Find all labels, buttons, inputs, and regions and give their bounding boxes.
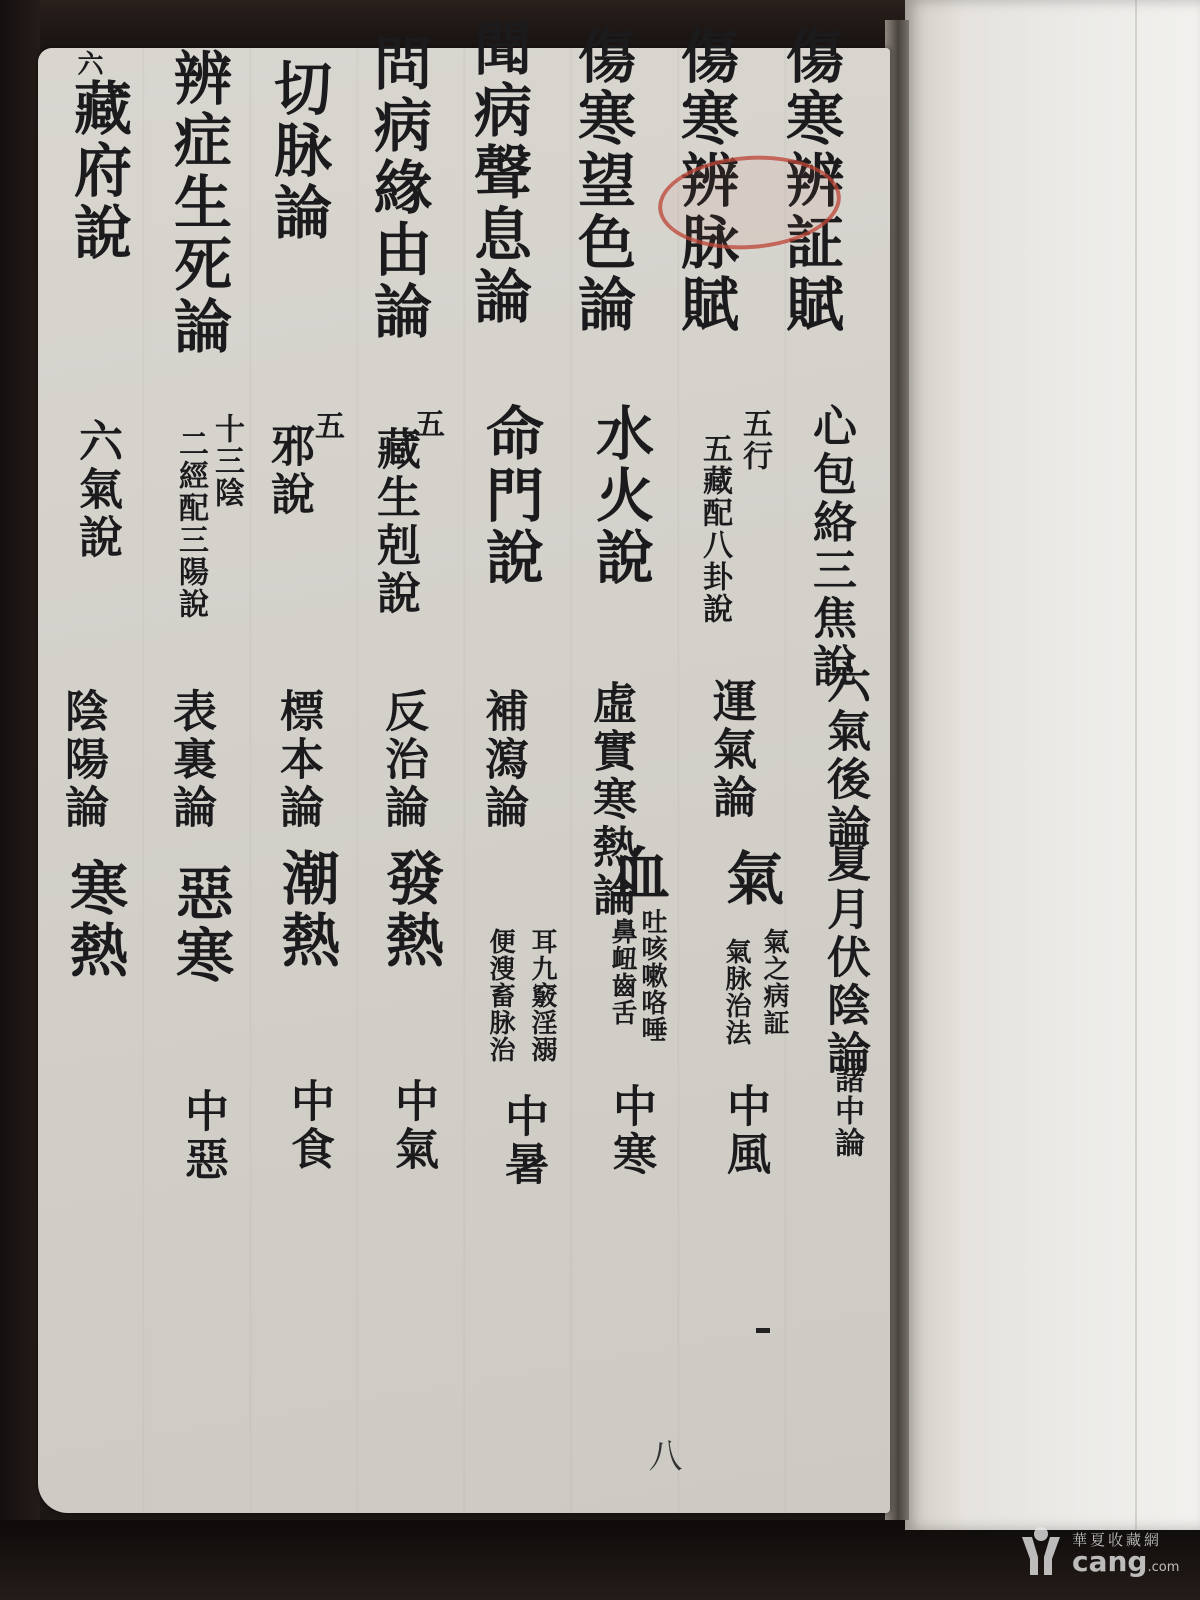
- entry-chaore: 潮熱: [274, 848, 338, 972]
- entry-mingmen-shuo: 命門說: [478, 403, 542, 589]
- watermark-domain-suffix: .com: [1147, 1560, 1179, 1575]
- entry-yinyang-lun: 陰陽論: [58, 688, 106, 832]
- background-left: [0, 0, 40, 1600]
- next-page-leaf: [905, 0, 1200, 1530]
- manuscript-page: 傷寒辨証賦 傷寒辨脉賦 傷寒望色論 聞病聲息論 問病緣由論 切脉論 辨症生死論 …: [38, 48, 890, 1513]
- watermark-domain-name: cang: [1072, 1545, 1147, 1578]
- entry-wuxie-shuo: 邪說: [264, 423, 312, 519]
- entry-buxie-lun: 補瀉論: [478, 688, 526, 832]
- entry-wuzang-line1: 五行: [738, 408, 770, 472]
- entry-wuzang-line2: 五藏配八卦說: [698, 433, 730, 625]
- page-number: 八: [638, 1438, 687, 1472]
- entry-biaoli-lun: 表裏論: [166, 688, 214, 832]
- entry-wenbing-shengxi-lun: 聞病聲息論: [466, 18, 530, 328]
- entry-zhongfeng: 中風: [720, 1083, 768, 1179]
- watermark-domain: cang.com: [1072, 1545, 1179, 1578]
- entry-liuqi-shuo: 六氣說: [72, 418, 120, 562]
- entry-wuxie-wu: 五: [310, 410, 342, 442]
- entry-zhongshi: 中食: [284, 1078, 332, 1174]
- entry-ehan: 惡寒: [168, 863, 232, 987]
- site-watermark: 華夏收藏網 cang.com: [1020, 1525, 1195, 1585]
- entry-xue-note-3: 耳九竅淫溺: [528, 928, 556, 1063]
- entry-shanghan-wangse-lun: 傷寒望色論: [570, 26, 634, 336]
- page-fold-line: [1135, 0, 1137, 1530]
- entry-qi-note-2: 氣脉治法: [722, 938, 750, 1046]
- entry-qi-note-1: 氣之病証: [760, 928, 788, 1036]
- entry-zhongshu: 中暑: [498, 1093, 546, 1189]
- entry-bianzheng-shengsi-lun: 辨症生死論: [166, 48, 230, 358]
- entry-hanre: 寒熱: [62, 858, 126, 982]
- entry-xue-head: 血: [604, 843, 668, 905]
- entry-qiemai-lun: 切脉論: [266, 58, 330, 244]
- entry-liu-prefix: 六: [74, 50, 102, 77]
- entry-xinbaoluo-sanjiao-shuo: 心包絡三焦說: [806, 403, 854, 691]
- entry-xue-note-4: 便溲畜脉治: [486, 928, 514, 1063]
- watermark-logo-icon: [1020, 1525, 1062, 1577]
- entry-zhonghan: 中寒: [606, 1083, 654, 1179]
- entry-xue-note-2: 鼻衄齒舌: [608, 918, 636, 1026]
- entry-biaoben-lun: 標本論: [273, 688, 321, 832]
- entry-xue-note-1: 吐咳嗽咯唾: [638, 908, 666, 1043]
- entry-liuqi-houlun: 六氣後論: [820, 660, 868, 852]
- entry-zhongqi: 中氣: [388, 1078, 436, 1174]
- entry-wenbing-yuanyou-lun: 問病緣由論: [366, 33, 430, 343]
- entry-shuihuo-shuo: 水火說: [588, 403, 652, 589]
- entry-xiayue-fuyin-lun: 夏月伏陰論: [820, 838, 868, 1078]
- entry-zhonge: 中惡: [178, 1088, 226, 1184]
- entry-yunqi-lun: 運氣論: [706, 678, 754, 822]
- entry-qi-head: 氣: [718, 848, 782, 910]
- entry-fanzhi-lun: 反治論: [378, 688, 426, 832]
- entry-zangfu-shuo: 藏府說: [66, 78, 130, 264]
- entry-zhuzhong-lun: 諸中論: [830, 1063, 862, 1159]
- entry-shierjing-line2: 二經配三陽說: [174, 428, 206, 620]
- entry-wuzang-shengke-shuo: 藏生剋說: [370, 426, 418, 618]
- entry-shierjing-line1: 十三陰: [210, 413, 242, 509]
- ink-mark: [756, 1328, 770, 1333]
- entry-fare: 發熱: [378, 848, 442, 972]
